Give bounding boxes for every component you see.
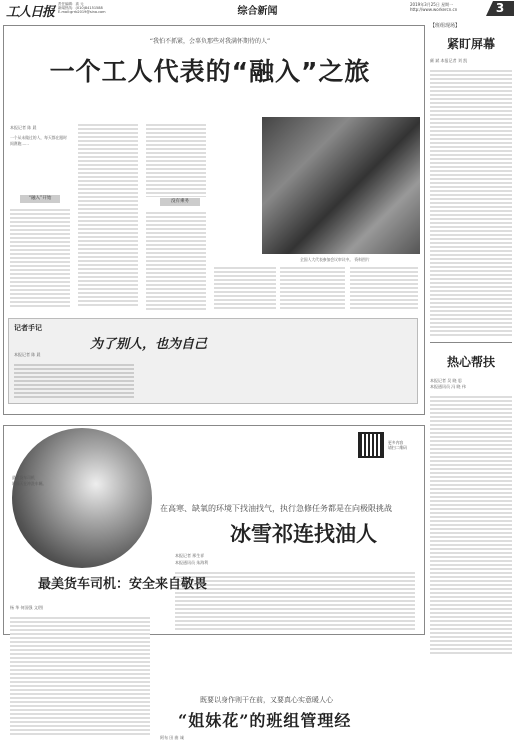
story2-byline: 本报记者 邢生祥 (175, 553, 204, 559)
story4-kicker: 既要以身作则干在前，又要真心实意暖人心 (200, 695, 333, 705)
column-byline: 颜 斌 本报记者 刘 凯 (430, 58, 512, 64)
column-tag: 【班组现场】 (430, 22, 512, 29)
main-body-col4 (214, 265, 276, 310)
story4-byline: 阿布 田 曲 诚 (160, 735, 184, 741)
story3-byline: 杨 华 何国强 文/图 (10, 605, 43, 611)
main-photo (262, 117, 420, 254)
story2-headline: 冰雪祁连找油人 (230, 518, 377, 548)
notebook-title: 为了别人，也为自己 (90, 333, 207, 352)
qr-code[interactable] (358, 432, 384, 458)
column-second-body (430, 394, 512, 654)
notebook-body (14, 362, 134, 400)
photo-caption: 全国人大代表参加会议审议中。 资料图片 (300, 257, 370, 263)
notebook-label: 记者手记 (14, 323, 42, 333)
qr-caption: 更多内容 请扫二维码 (388, 440, 407, 450)
column-divider (430, 342, 512, 343)
main-kicker: “我怕不抓紧，会辜负那些对我满怀期待的人” (0, 36, 420, 45)
main-headline: 一个工人代表的“融入”之旅 (0, 52, 420, 88)
masthead: 工人日报 责任编辑：高 元 新闻热线：(010)84151588 E-mail:… (0, 0, 515, 17)
story2-body (175, 570, 415, 630)
issue-date: 2019年3月25日 星期一 http://www.workercn.cn (410, 2, 457, 12)
main-body-col1b (10, 207, 70, 307)
column-body (430, 68, 512, 336)
website-link[interactable]: http://www.workercn.cn (410, 7, 457, 12)
main-body-col5 (280, 265, 345, 310)
notebook-byline: 本报记者 陈 晨 (14, 352, 41, 358)
main-body-col2 (78, 122, 138, 307)
story3-headline: 最美货车司机：安全来自敬畏 (38, 573, 207, 592)
story3-body (10, 615, 150, 735)
story4-headline: “姐妹花”的班组管理经 (178, 708, 351, 731)
column-title: 紧盯屏幕 (430, 35, 512, 52)
main-body-col3 (146, 122, 206, 197)
story2-kicker: 在高寒、缺氧的环境下找油找气，执行急修任务都是在向极限挑战 (160, 503, 392, 514)
column-second-title: 热心帮扶 (430, 353, 512, 370)
main-body-col3b (146, 210, 206, 310)
subhead-1: “融入”开始 (20, 195, 60, 203)
subhead-2: 没有乘务 (160, 198, 200, 206)
story3-caption: 最美货车司机 谢福天在冲洗车辆。 (12, 475, 46, 487)
main-body-col6 (350, 265, 418, 310)
main-byline: 本报记者 陈 晨 (10, 125, 37, 131)
right-column: 【班组现场】 紧盯屏幕 颜 斌 本报记者 刘 凯 热心帮扶 本报记者 吴 晓 思… (430, 22, 512, 654)
truck-driver-photo (12, 428, 152, 568)
main-body-col1: 一个从未做过的人，每天都在跟时间赛跑…… (10, 135, 70, 195)
